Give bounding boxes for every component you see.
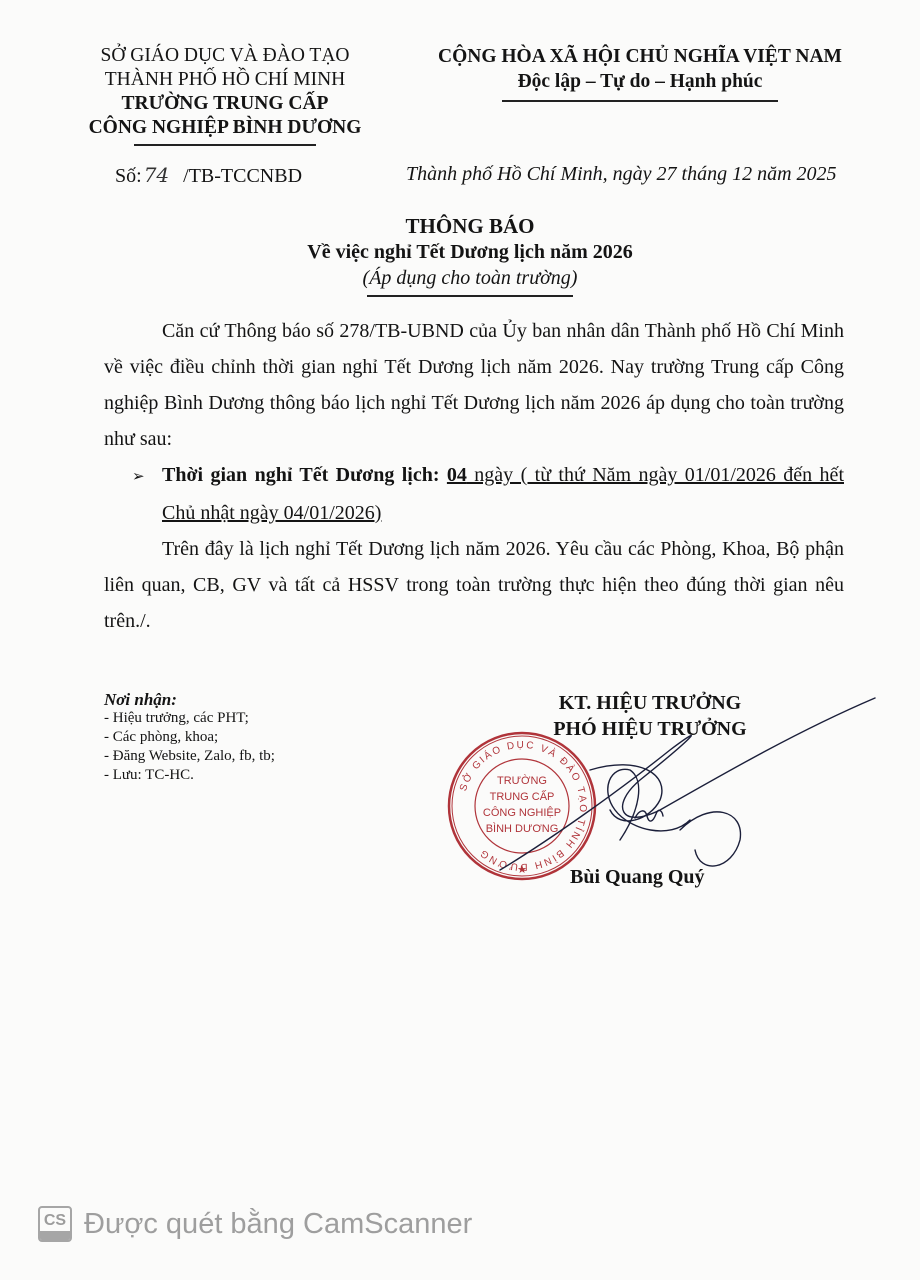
notice-body: Căn cứ Thông báo số 278/TB-UBND của Ủy b…	[104, 313, 844, 639]
holiday-days-count: 04	[447, 464, 467, 486]
signatory-title-line1: KT. HIỆU TRƯỞNG	[530, 690, 770, 716]
svg-text:TRUNG CẤP: TRUNG CẤP	[490, 790, 555, 803]
recipient-item: - Lưu: TC-HC.	[104, 766, 275, 785]
recipients-heading: Nơi nhận:	[104, 690, 275, 709]
holiday-period-item: ➢Thời gian nghỉ Tết Dương lịch: 04 ngày …	[104, 457, 844, 531]
signatory-name: Bùi Quang Quý	[570, 866, 705, 889]
seal-star-icon: ★	[517, 864, 527, 876]
seal-center-text: TRƯỜNG TRUNG CẤP CÔNG NGHIỆP BÌNH DƯƠNG	[483, 774, 561, 835]
recipient-item: - Các phòng, khoa;	[104, 728, 275, 747]
body-paragraph-request: Trên đây là lịch nghỉ Tết Dương lịch năm…	[104, 531, 844, 639]
header-right-rule	[502, 100, 778, 102]
doc-number-prefix: Số:	[115, 165, 142, 187]
holiday-period-label: Thời gian nghỉ Tết Dương lịch:	[162, 464, 440, 486]
camscanner-watermark: CS Được quét bằng CamScanner	[38, 1206, 472, 1242]
place-and-date: Thành phố Hồ Chí Minh, ngày 27 tháng 12 …	[406, 163, 837, 186]
seal-outer-ring	[449, 733, 595, 879]
school-name-line1: TRƯỜNG TRUNG CẤP	[70, 92, 380, 116]
body-paragraph-basis: Căn cứ Thông báo số 278/TB-UBND của Ủy b…	[104, 313, 844, 457]
issuing-agency: SỞ GIÁO DỤC VÀ ĐÀO TẠO THÀNH PHỐ HỒ CHÍ …	[70, 44, 380, 146]
national-motto: Độc lập – Tự do – Hạnh phúc	[405, 69, 875, 94]
arrow-bullet-icon: ➢	[132, 459, 162, 495]
header-left-rule	[134, 144, 316, 146]
seal-inner-ring	[475, 759, 569, 853]
national-header: CỘNG HÒA XÃ HỘI CHỦ NGHĨA VIỆT NAM Độc l…	[405, 44, 875, 102]
recipients-list: Nơi nhận: - Hiệu trưởng, các PHT; - Các …	[104, 690, 275, 785]
official-seal-stamp: SỞ GIÁO DỤC VÀ ĐÀO TẠO TỈNH BÌNH DƯƠNG T…	[446, 730, 598, 882]
agency-city: THÀNH PHỐ HỒ CHÍ MINH	[70, 68, 380, 92]
recipient-item: - Hiệu trưởng, các PHT;	[104, 709, 275, 728]
svg-text:TRƯỜNG: TRƯỜNG	[497, 774, 547, 787]
svg-text:BÌNH DƯƠNG: BÌNH DƯƠNG	[486, 822, 559, 835]
seal-outer-ring-inner	[452, 736, 592, 876]
notice-subject: Về việc nghỉ Tết Dương lịch năm 2026	[160, 239, 780, 265]
recipient-item: - Đăng Website, Zalo, fb, tb;	[104, 747, 275, 766]
doc-number-handwritten: 74	[144, 163, 169, 187]
notice-title-block: THÔNG BÁO Về việc nghỉ Tết Dương lịch nă…	[160, 213, 780, 297]
camscanner-logo-icon: CS	[38, 1206, 72, 1242]
notice-title: THÔNG BÁO	[160, 213, 780, 239]
svg-text:CÔNG NGHIỆP: CÔNG NGHIỆP	[483, 806, 561, 819]
school-name-line2: CÔNG NGHIỆP BÌNH DƯƠNG	[70, 116, 380, 140]
document-number: Số:74/TB-TCCNBD	[115, 163, 302, 188]
camscanner-watermark-text: Được quét bằng CamScanner	[84, 1208, 472, 1241]
title-rule	[367, 295, 573, 297]
national-title: CỘNG HÒA XÃ HỘI CHỦ NGHĨA VIỆT NAM	[405, 44, 875, 69]
agency-department: SỞ GIÁO DỤC VÀ ĐÀO TẠO	[70, 44, 380, 68]
notice-scope: (Áp dụng cho toàn trường)	[160, 265, 780, 291]
doc-number-suffix: /TB-TCCNBD	[183, 165, 302, 187]
